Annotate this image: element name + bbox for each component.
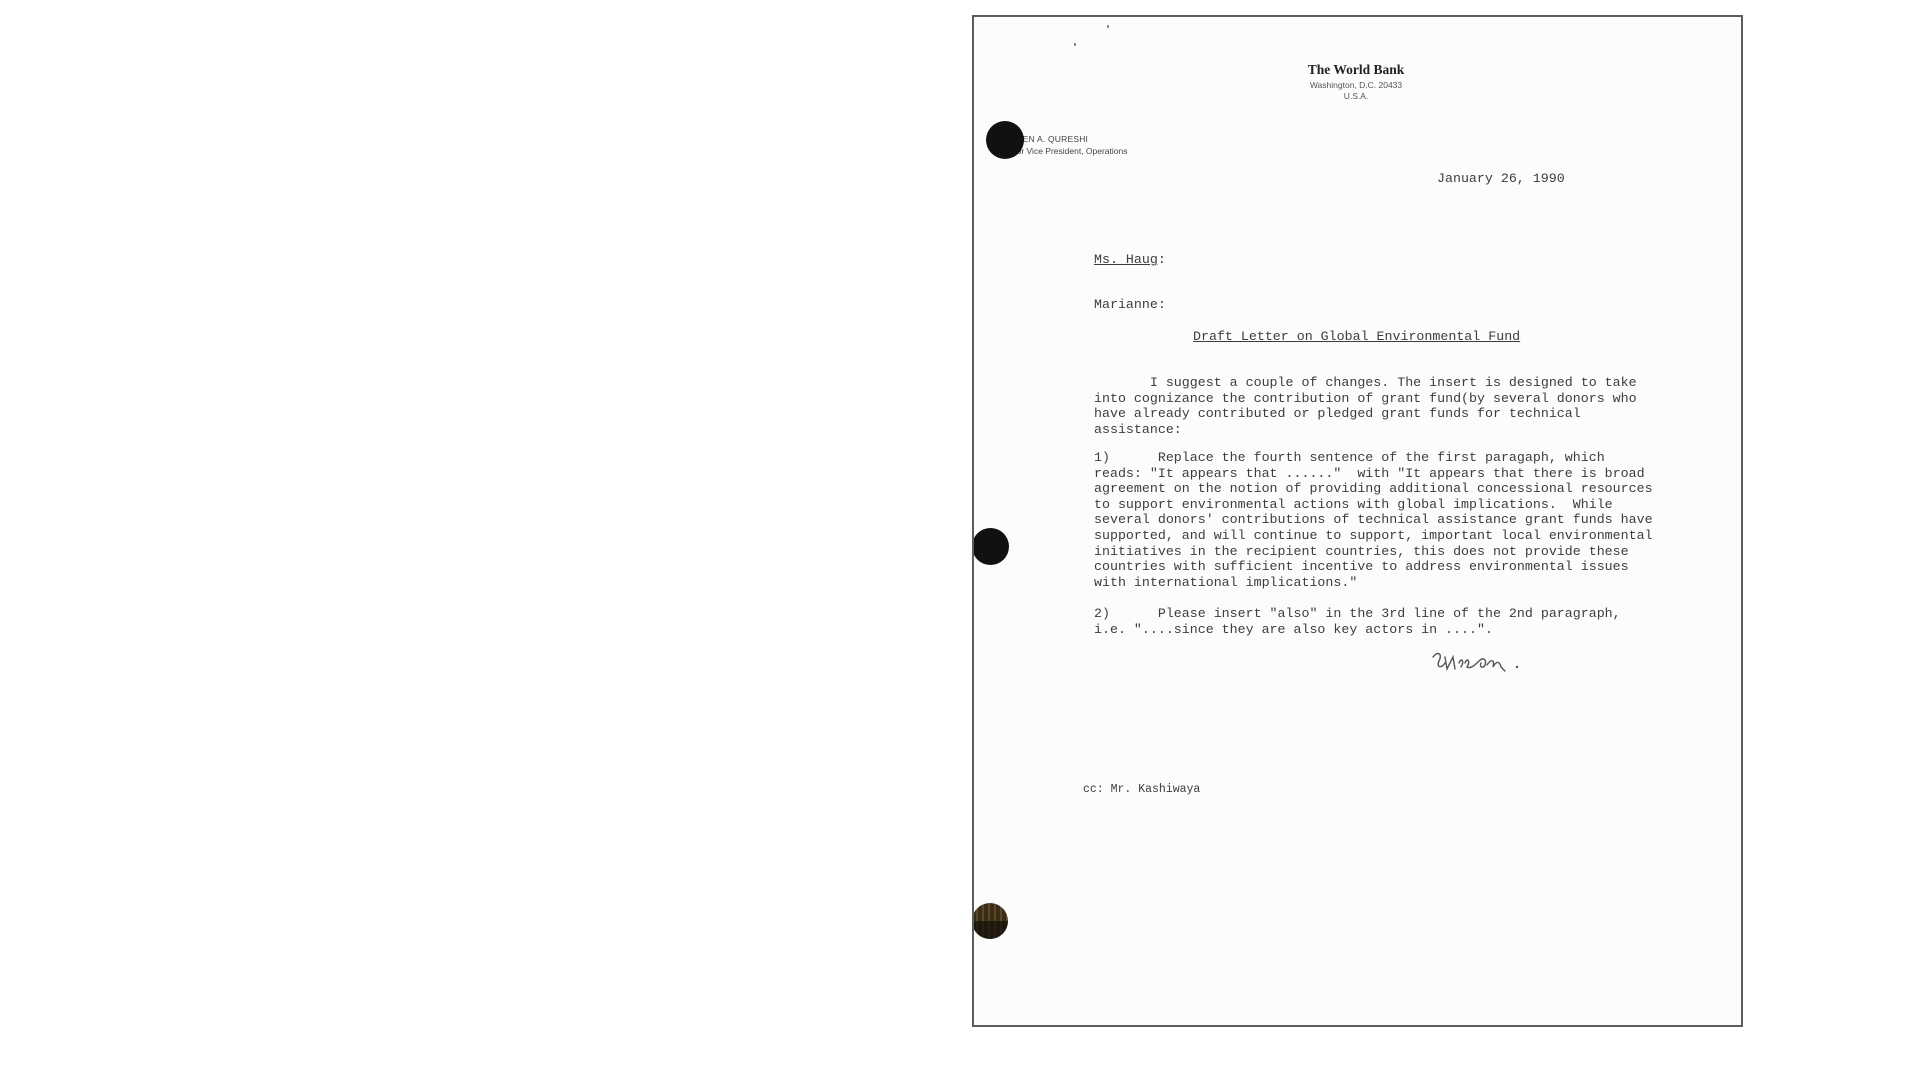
letter-page: The World Bank Washington, D.C. 20433 U.… <box>972 15 1743 1027</box>
cc-line: cc: Mr. Kashiwaya <box>1083 782 1200 798</box>
letter-date: January 26, 1990 <box>1437 171 1565 187</box>
handwritten-signature <box>1429 647 1539 677</box>
paper-speck <box>1107 25 1109 28</box>
letterhead-country: U.S.A. <box>1256 91 1456 101</box>
recipient-name: Ms. Haug <box>1094 252 1158 267</box>
punch-hole-middle <box>972 528 1009 565</box>
punch-hole-top <box>986 121 1024 159</box>
greeting: Marianne: <box>1094 297 1166 313</box>
letterhead-organization: The World Bank <box>1256 62 1456 78</box>
recipient-line: Ms. Haug: <box>1094 252 1166 268</box>
punch-hole-bottom <box>972 903 1008 939</box>
letterhead-address: Washington, D.C. 20433 <box>1256 80 1456 90</box>
sender-title: nior Vice President, Operations <box>1010 146 1128 156</box>
paper-speck <box>1074 43 1076 46</box>
paragraph-intro: I suggest a couple of changes. The inser… <box>1094 375 1637 437</box>
recipient-colon: : <box>1158 252 1166 268</box>
document-viewer: The World Bank Washington, D.C. 20433 U.… <box>0 0 1920 1080</box>
numbered-item-2: 2) Please insert "also" in the 3rd line … <box>1094 606 1621 637</box>
letter-subject: Draft Letter on Global Environmental Fun… <box>1193 329 1520 345</box>
numbered-item-1: 1) Replace the fourth sentence of the fi… <box>1094 450 1653 590</box>
